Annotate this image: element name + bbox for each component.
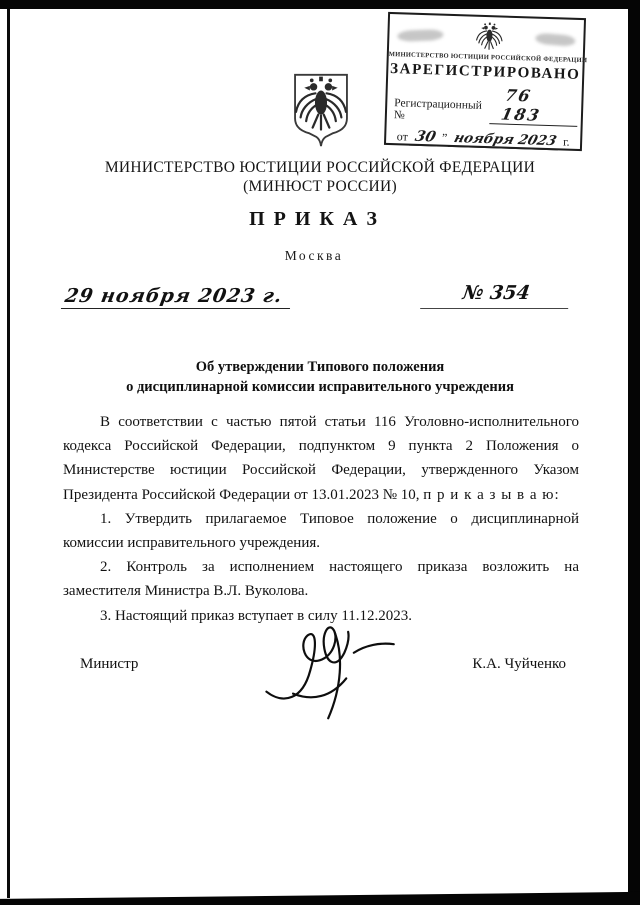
signature-row: Министр К.А. Чуйченко [80,656,566,673]
org-short-name: (МИНЮСТ РОССИИ) [30,177,610,196]
doc-title-line2: о дисциплинарной комиссии исправительног… [30,377,610,397]
requisites-row: 29 ноября 2023 г. № 354 [63,282,578,309]
body-intro-paragraph: В соответствии с частью пятой статьи 116… [63,410,579,507]
org-heading: МИНИСТЕРСТВО ЮСТИЦИИ РОССИЙСКОЙ ФЕДЕРАЦИ… [30,158,610,196]
stamp-date-month-year: ноября 2023 [448,130,563,150]
registration-number-label: Регистрационный № [394,97,486,124]
scan-border-top [0,0,640,9]
doc-title: Об утверждении Типового положения о дисц… [30,357,610,397]
scanned-order-page: МИНИСТЕРСТВО ЮСТИЦИИ РОССИЙСКОЙ ФЕДЕРАЦИ… [0,0,640,905]
registration-stamp: МИНИСТЕРСТВО ЮСТИЦИИ РОССИЙСКОЙ ФЕДЕРАЦИ… [384,12,586,151]
org-name: МИНИСТЕРСТВО ЮСТИЦИИ РОССИЙСКОЙ ФЕДЕРАЦИ… [30,158,610,177]
stamp-eagle-icon [474,22,505,53]
scan-border-right [628,0,640,905]
stamp-date-quote: ” [442,131,448,145]
order-body: В соответствии с частью пятой статьи 116… [63,410,579,628]
stamp-date-row: от 30 ” ноября 2023 г. [386,127,580,151]
city-label: Москва [0,248,628,264]
coat-of-arms-icon [285,72,357,148]
stamp-registered-label: ЗАРЕГИСТРИРОВАНО [388,61,582,84]
order-date-handwritten: 29 ноября 2023 г. [61,285,294,309]
doc-type-heading: П Р И К А З [0,208,628,231]
registration-number-value: 76 183 [489,85,585,127]
doc-title-line1: Об утверждении Типового положения [30,357,610,377]
stamp-date-suffix: г. [563,134,570,148]
order-number-handwritten: № 354 [420,282,572,309]
scan-border-left [7,9,10,898]
stamp-smudge-right [535,32,576,46]
scan-border-bottom [0,889,640,905]
minister-title: Министр [80,656,138,673]
order-item-1: 1. Утвердить прилагаемое Типовое положен… [63,507,579,555]
stamp-date-prefix: от [397,129,409,143]
stamp-smudge-left [397,29,443,42]
minister-name: К.А. Чуйченко [472,656,566,673]
stamp-date-day: 30 [409,128,442,147]
stamp-registration-row: Регистрационный № 76 183 [387,82,582,127]
order-verb: п р и к а з ы в а ю: [423,487,559,503]
order-item-2: 2. Контроль за исполнением настоящего пр… [63,555,579,603]
stamp-header-row [389,16,584,56]
